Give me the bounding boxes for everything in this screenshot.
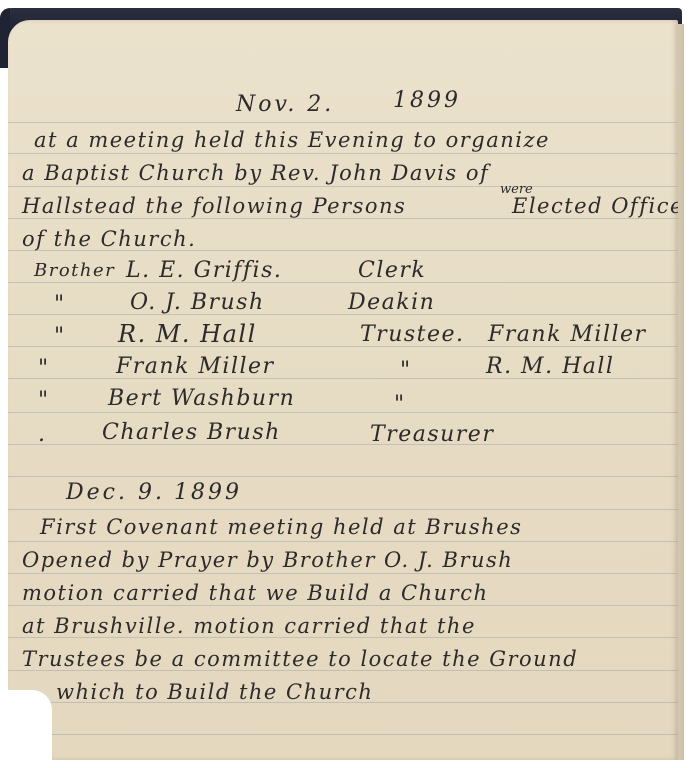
entry-line: which to Build the Church <box>56 680 373 704</box>
officer-prefix: . <box>38 422 47 447</box>
entry-line: Elected Offices <box>512 194 678 218</box>
entry-date-year: 1899 <box>174 480 242 505</box>
officer-prefix: " <box>38 388 50 413</box>
entry-line: at Brushville. motion carried that the <box>22 614 476 638</box>
torn-page-corner <box>0 690 52 768</box>
officer-name: Frank Miller <box>116 354 275 379</box>
officer-note: Frank Miller <box>488 322 647 347</box>
ruled-line <box>8 218 678 219</box>
officer-office: Deakin <box>348 290 435 315</box>
officer-name: O. J. Brush <box>130 290 265 315</box>
entry-date-month-day: Nov. 2. <box>236 92 334 117</box>
ruled-line <box>8 314 678 315</box>
officer-office: Trustee. <box>360 322 465 347</box>
entry-line: of the Church. <box>22 227 196 251</box>
entry-line: Trustees be a committee to locate the Gr… <box>22 647 578 671</box>
officer-name: L. E. Griffis. <box>126 258 282 283</box>
officer-office: " <box>394 392 406 417</box>
ruled-line <box>8 186 678 187</box>
ruled-line <box>8 282 678 283</box>
entry-date-year: 1899 <box>393 88 461 113</box>
officer-prefix: Brother <box>34 260 115 281</box>
ruled-line <box>8 509 678 510</box>
officer-office: Treasurer <box>370 422 494 447</box>
entry-date-month-day: Dec. 9. <box>66 480 165 505</box>
entry-line: Opened by Prayer by Brother O. J. Brush <box>22 548 513 572</box>
officer-name: Charles Brush <box>102 420 281 445</box>
ruled-line <box>8 605 678 606</box>
officer-office: " <box>400 358 412 383</box>
officer-note: R. M. Hall <box>486 354 614 379</box>
officer-name: Bert Washburn <box>108 386 295 411</box>
officer-prefix: " <box>54 324 66 349</box>
ledger-page: Nov. 2. 1899 at a meeting held this Even… <box>8 20 678 760</box>
ruled-line <box>8 573 678 574</box>
entry-line: First Covenant meeting held at Brushes <box>40 515 522 539</box>
ruled-line <box>8 412 678 413</box>
entry-line: a Baptist Church by Rev. John Davis of <box>22 161 489 185</box>
entry-line: at a meeting held this Evening to organi… <box>34 128 550 152</box>
ruled-line <box>8 734 678 735</box>
officer-prefix: " <box>38 356 50 381</box>
ruled-line <box>8 541 678 542</box>
entry-line: Hallstead the following Persons <box>22 194 406 218</box>
ruled-line <box>8 122 678 123</box>
officer-office: Clerk <box>358 258 426 283</box>
entry-line: motion carried that we Build a Church <box>22 581 489 605</box>
ruled-line <box>8 476 678 477</box>
officer-prefix: " <box>54 292 66 317</box>
ruled-line <box>8 153 678 154</box>
officer-name: R. M. Hall <box>118 320 257 348</box>
